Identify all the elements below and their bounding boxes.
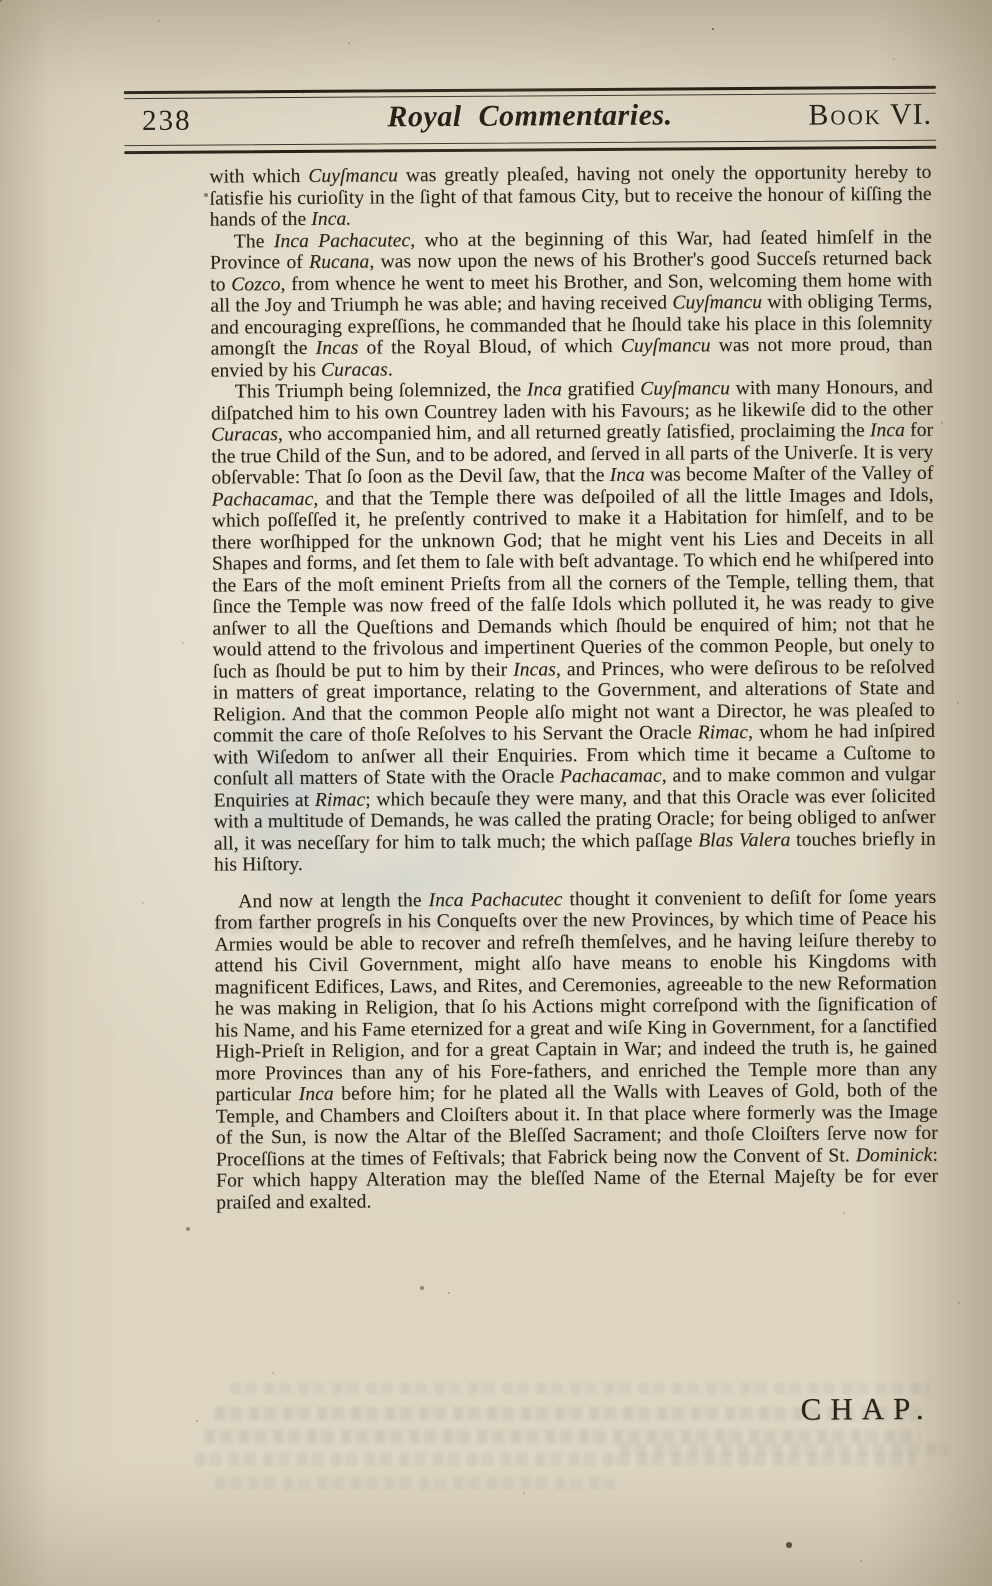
italic-term: Inca: [610, 465, 645, 486]
text-segment: gratified: [562, 379, 640, 401]
italic-term: Curacas: [321, 359, 388, 380]
text-segment: with which: [209, 166, 308, 188]
paragraph: with which Cuyſmancu was greatly pleaſed…: [209, 162, 931, 231]
text-segment: This Triumph being ſolemnized, the: [235, 379, 527, 402]
italic-term: Rucana: [309, 252, 369, 273]
italic-term: Cuyſmancu: [621, 335, 711, 357]
italic-term: Inca Pachacutec: [274, 230, 410, 252]
italic-term: Cozco: [231, 274, 280, 295]
italic-term: Inca.: [311, 209, 351, 230]
catchword: CHAP.: [800, 1391, 932, 1428]
italic-term: Cuyſmancu: [308, 165, 398, 187]
italic-term: Incas: [513, 659, 556, 680]
paragraph: And now at length the Inca Pachacutec th…: [214, 886, 938, 1213]
italic-term: Cuyſmancu: [672, 292, 762, 314]
italic-term: Rimac: [315, 789, 365, 810]
italic-term: Curacas: [211, 424, 278, 445]
paragraph: The Inca Pachacutec, who at the beginnin…: [210, 226, 933, 381]
book-numeral: VI.: [890, 98, 932, 131]
text-segment: And now at length the: [238, 890, 428, 912]
italic-term: Inca Pachacutec: [428, 889, 562, 911]
page-scan: 238 Royal Commentaries. Book VI. with wh…: [0, 0, 992, 1586]
body-text: with which Cuyſmancu was greatly pleaſed…: [209, 162, 938, 1214]
italic-term: Rimac: [698, 722, 748, 743]
running-header: 238 Royal Commentaries. Book VI.: [124, 97, 936, 144]
italic-term: Dominick: [856, 1144, 933, 1166]
italic-term: Incas: [316, 338, 359, 359]
book-word: Book: [808, 98, 882, 131]
italic-term: Inca: [870, 420, 905, 441]
italic-term: Inca: [527, 379, 562, 400]
italic-term: Blas Valera: [698, 829, 790, 851]
scanned-content: 238 Royal Commentaries. Book VI. with wh…: [0, 0, 992, 1586]
text-segment: thought it convenient to deſiſt for ſome…: [214, 886, 937, 1105]
text-segment: The: [234, 231, 274, 252]
text-segment: , and that the Temple there was deſpoile…: [212, 484, 935, 682]
italic-term: Pachacamac: [560, 766, 662, 788]
header-rule-bottom-outer: [124, 146, 936, 154]
header-rule-top-outer: [124, 86, 936, 94]
text-segment: was become Maſter of the Valley of: [645, 463, 934, 486]
paragraph: This Triumph being ſolemnized, the Inca …: [211, 377, 936, 876]
italic-term: Cuyſmancu: [640, 378, 730, 400]
book-label: Book VI.: [808, 98, 932, 133]
text-segment: .: [388, 359, 393, 380]
italic-term: Pachacamac: [212, 488, 314, 510]
italic-term: Inca: [299, 1084, 334, 1105]
text-segment: of the Royal Bloud, of which: [358, 336, 621, 359]
